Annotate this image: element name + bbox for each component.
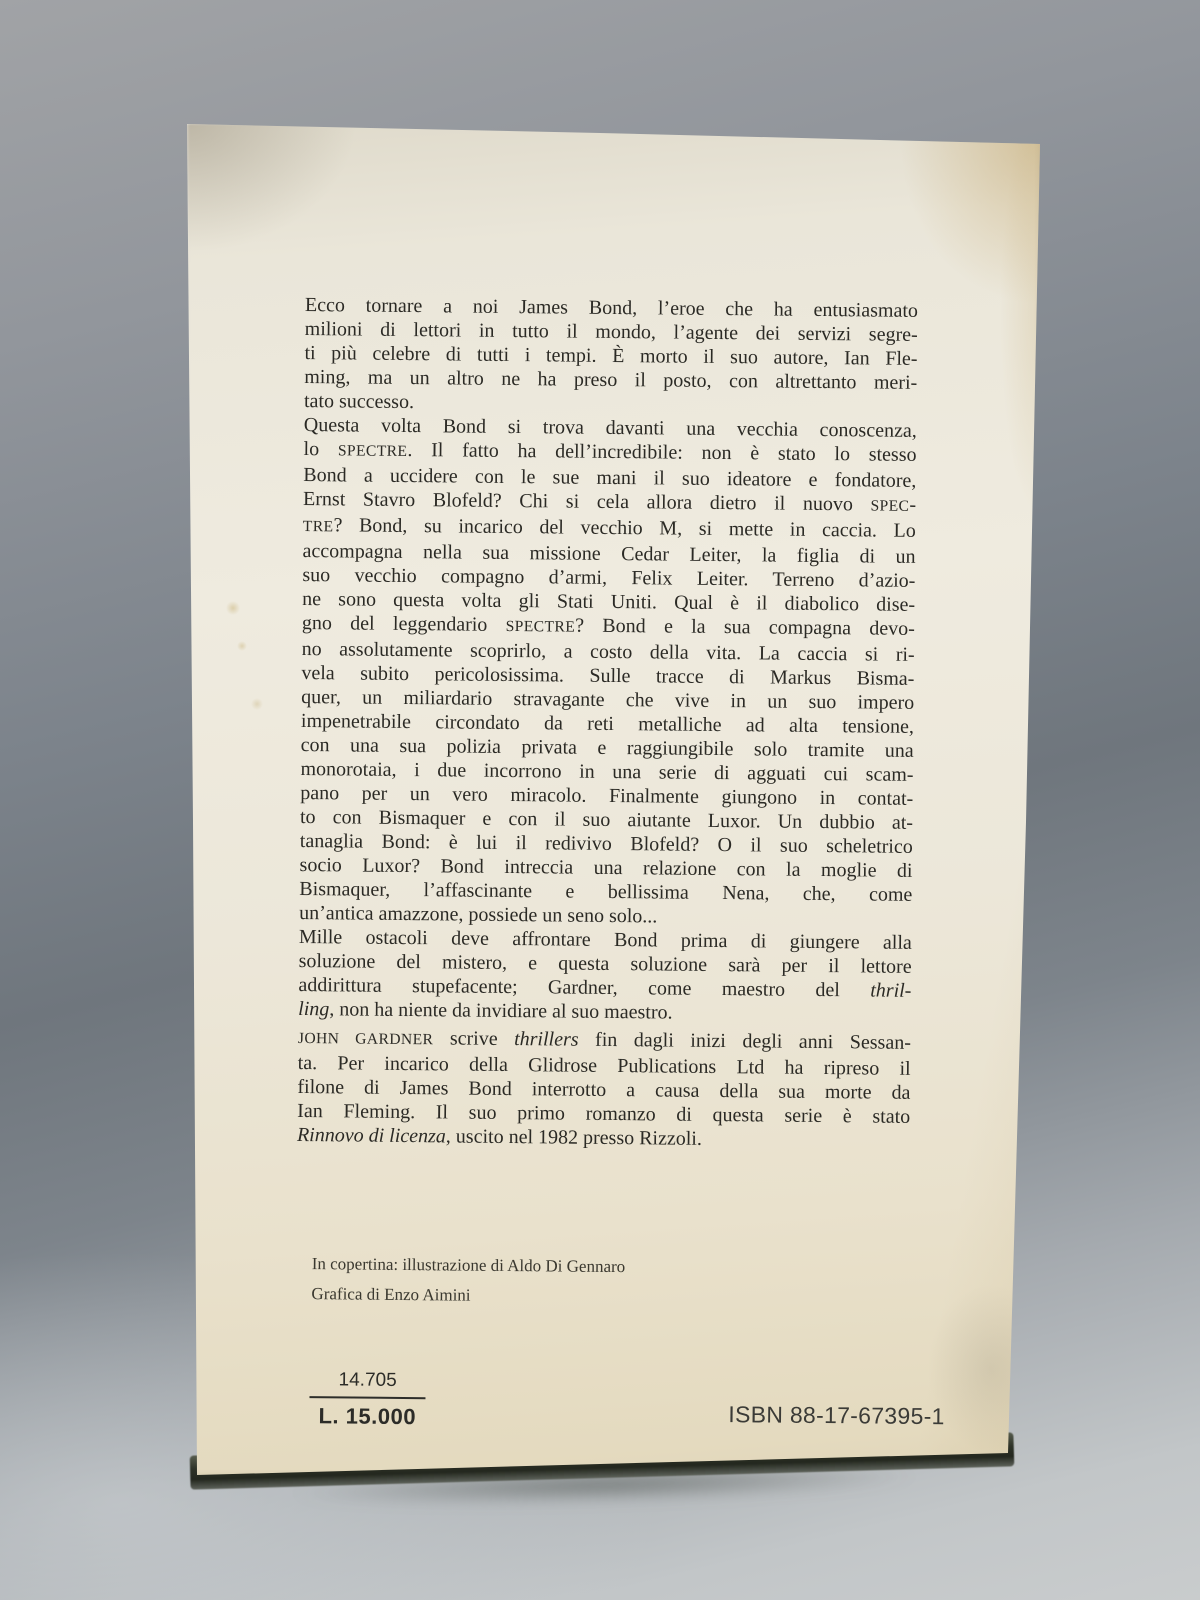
credits-illustration-line: In copertina: illustrazione di Aldo Di G… [312, 1249, 626, 1282]
book-back-cover: Ecco tornare a noi James Bond, l’eroe ch… [187, 122, 1042, 1477]
credits-graphics-line: Grafica di Enzo Aimini [311, 1279, 625, 1312]
credits-block: In copertina: illustrazione di Aldo Di G… [311, 1249, 625, 1312]
book-photo-scene: Ecco tornare a noi James Bond, l’eroe ch… [0, 0, 1200, 1600]
price-block: 14.705 L. 15.000 [309, 1369, 426, 1430]
blurb-block: Ecco tornare a noi James Bond, l’eroe ch… [298, 293, 918, 1027]
author-bio-block: JOHN GARDNER scrive thrillers fin dagli … [297, 1025, 911, 1153]
isbn-text: ISBN 88-17-67395-1 [728, 1401, 945, 1430]
catalog-number: 14.705 [309, 1369, 425, 1399]
price-amount: L. 15.000 [309, 1398, 425, 1430]
back-cover-content: Ecco tornare a noi James Bond, l’eroe ch… [176, 120, 1044, 1483]
